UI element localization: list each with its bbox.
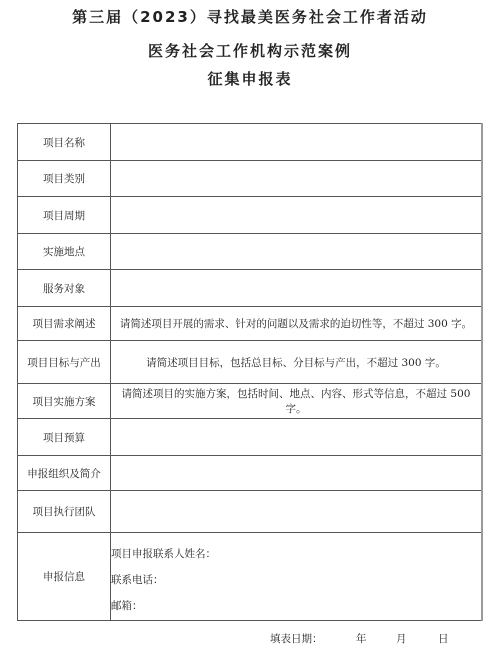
row-label: 项目实施方案 bbox=[18, 384, 111, 419]
row-label: 实施地点 bbox=[18, 234, 111, 270]
form-row-project-name: 项目名称 bbox=[18, 124, 483, 161]
form-row-service-target: 服务对象 bbox=[18, 270, 483, 307]
row-label: 项目名称 bbox=[18, 124, 111, 161]
team-field[interactable] bbox=[111, 491, 483, 533]
month-label[interactable]: 月 bbox=[396, 631, 407, 646]
row-label: 服务对象 bbox=[18, 270, 111, 307]
service-target-field[interactable] bbox=[111, 270, 483, 307]
form-row-budget: 项目预算 bbox=[18, 419, 483, 456]
row-label: 项目需求阐述 bbox=[18, 307, 111, 341]
form-row-goals-outputs: 项目目标与产出 请简述项目目标，包括总目标、分目标与产出，不超过 300 字。 bbox=[18, 341, 483, 384]
form-row-implementation-plan: 项目实施方案 请简述项目的实施方案，包括时间、地点、内容、形式等信息，不超过 5… bbox=[18, 384, 483, 419]
row-label: 项目周期 bbox=[18, 197, 111, 234]
goals-outputs-field[interactable]: 请简述项目目标，包括总目标、分目标与产出，不超过 300 字。 bbox=[111, 341, 483, 384]
row-label: 项目目标与产出 bbox=[18, 341, 111, 384]
needs-statement-field[interactable]: 请简述项目开展的需求、针对的问题以及需求的迫切性等，不超过 300 字。 bbox=[111, 307, 483, 341]
day-label[interactable]: 日 bbox=[438, 631, 449, 646]
form-title-line1: 第三届（2023）寻找最美医务社会工作者活动 bbox=[0, 6, 500, 27]
row-label: 申报信息 bbox=[18, 533, 111, 621]
organization-field[interactable] bbox=[111, 456, 483, 491]
year-label[interactable]: 年 bbox=[356, 631, 367, 646]
form-row-project-category: 项目类别 bbox=[18, 161, 483, 197]
form-row-needs-statement: 项目需求阐述 请简述项目开展的需求、针对的问题以及需求的迫切性等，不超过 300… bbox=[18, 307, 483, 341]
contact-info-cell: 项目申报联系人姓名： 联系电话： 邮箱： bbox=[111, 533, 483, 621]
row-label: 项目类别 bbox=[18, 161, 111, 197]
implementation-plan-field[interactable]: 请简述项目的实施方案，包括时间、地点、内容、形式等信息，不超过 500 字。 bbox=[111, 384, 483, 419]
fill-date-label: 填表日期： bbox=[270, 631, 323, 646]
row-label: 项目执行团队 bbox=[18, 491, 111, 533]
form-row-location: 实施地点 bbox=[18, 234, 483, 270]
budget-field[interactable] bbox=[111, 419, 483, 456]
project-category-field[interactable] bbox=[111, 161, 483, 197]
contact-email-field[interactable]: 邮箱： bbox=[111, 595, 481, 617]
form-row-contact-info: 申报信息 项目申报联系人姓名： 联系电话： 邮箱： bbox=[18, 533, 483, 621]
form-row-organization: 申报组织及简介 bbox=[18, 456, 483, 491]
row-label: 项目预算 bbox=[18, 419, 111, 456]
form-row-team: 项目执行团队 bbox=[18, 491, 483, 533]
project-period-field[interactable] bbox=[111, 197, 483, 234]
project-name-field[interactable] bbox=[111, 124, 483, 161]
form-row-project-period: 项目周期 bbox=[18, 197, 483, 234]
row-label: 申报组织及简介 bbox=[18, 456, 111, 491]
contact-phone-field[interactable]: 联系电话： bbox=[111, 569, 481, 591]
form-title-line2: 医务社会工作机构示范案例 bbox=[0, 40, 500, 61]
contact-name-field[interactable]: 项目申报联系人姓名： bbox=[111, 543, 481, 565]
form-title-line3: 征集申报表 bbox=[0, 68, 500, 89]
location-field[interactable] bbox=[111, 234, 483, 270]
application-form-table: 项目名称 项目类别 项目周期 实施地点 服务对象 项目需求阐述 请简述项目开展的… bbox=[17, 123, 483, 621]
